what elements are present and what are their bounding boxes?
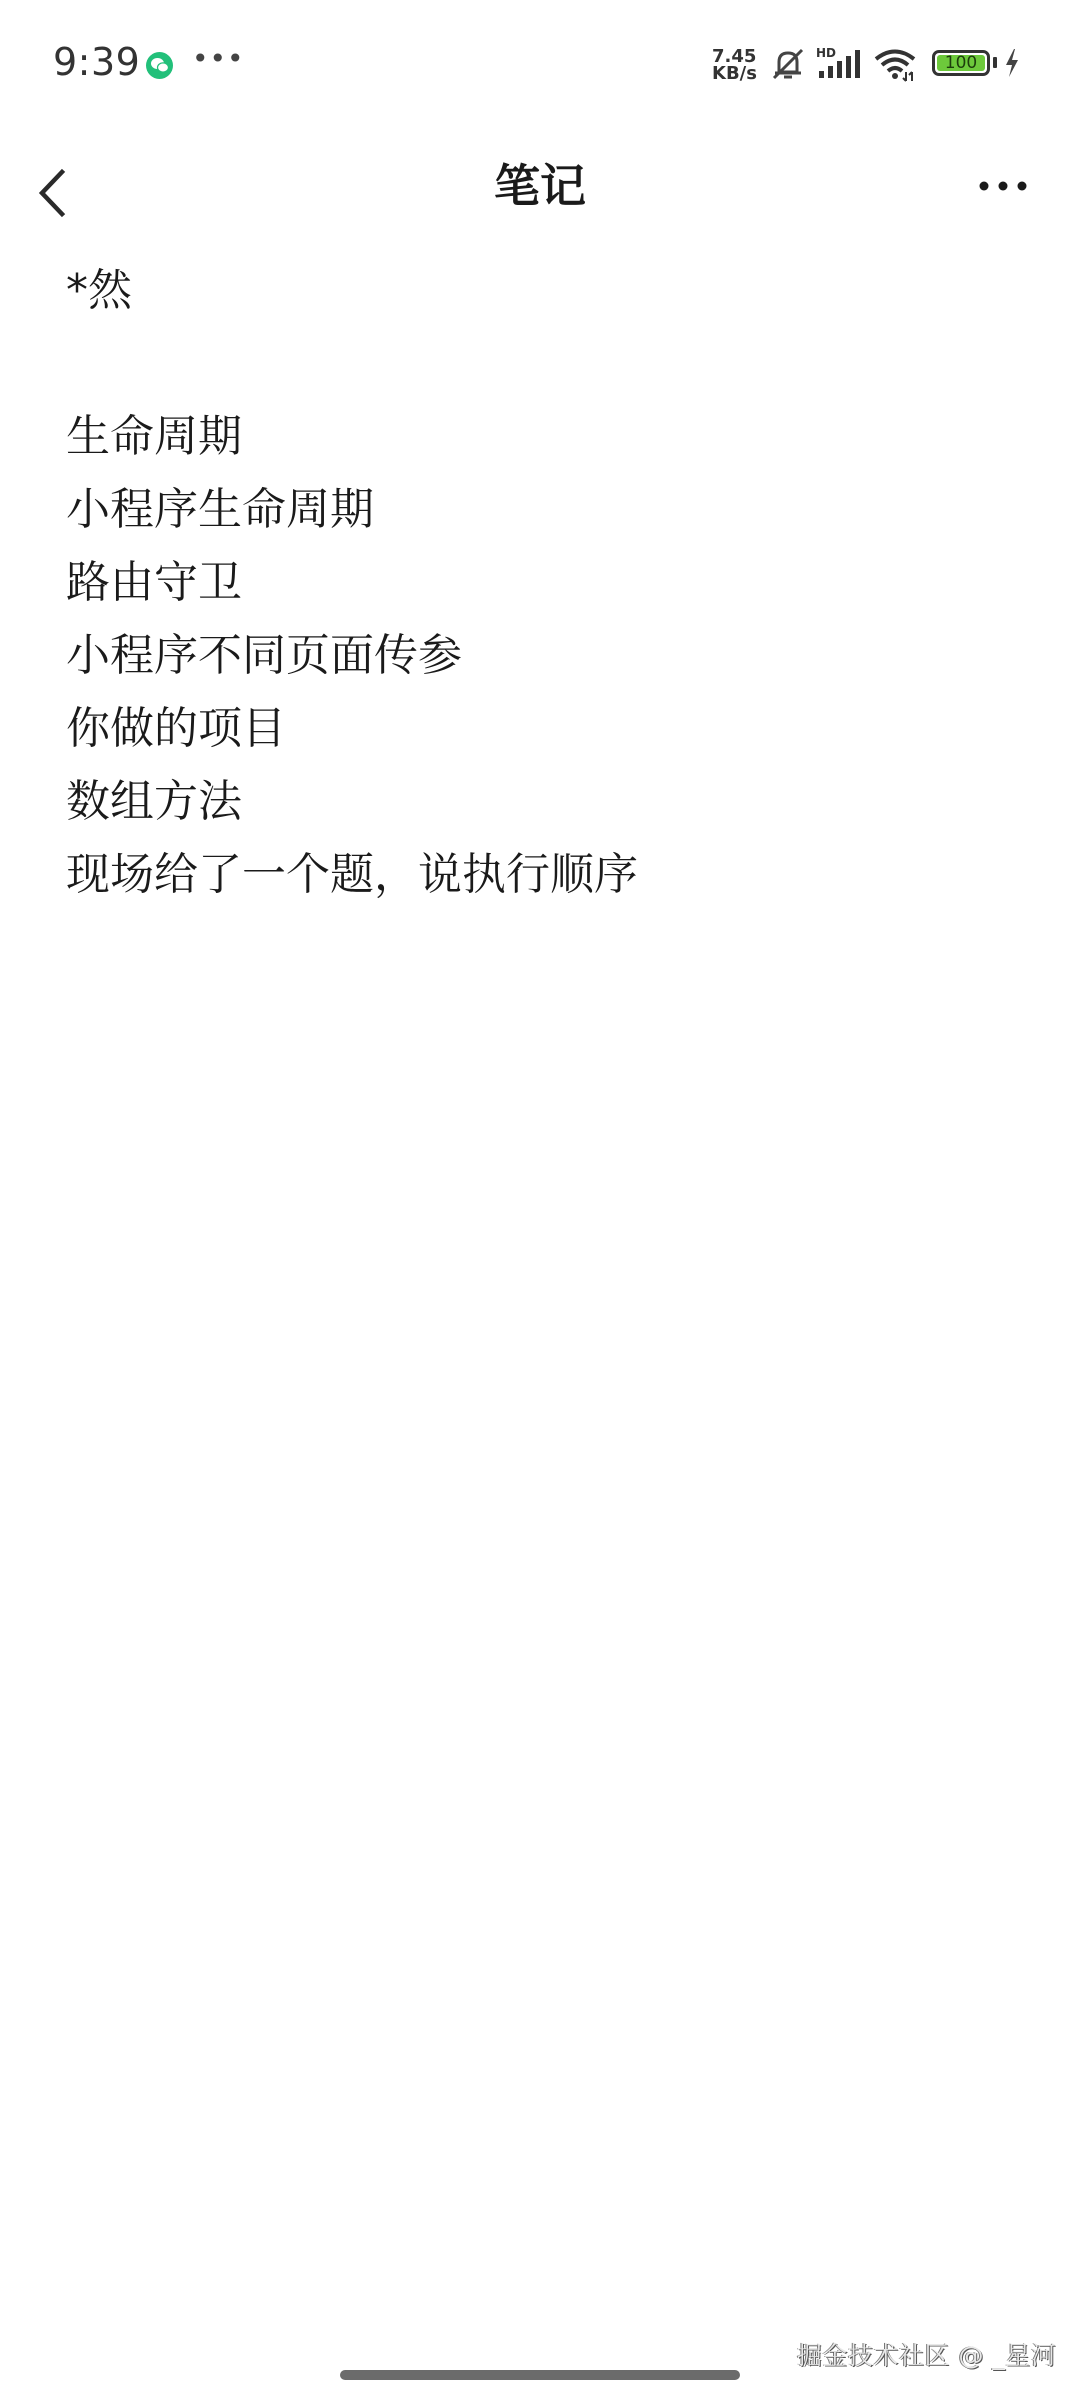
note-line: 你做的项目 xyxy=(66,692,1026,765)
home-indicator[interactable] xyxy=(340,2370,740,2380)
note-line: 现场给了一个题，说执行顺序 xyxy=(66,838,1026,911)
battery-icon: 100 xyxy=(932,50,990,76)
bell-off-icon xyxy=(770,46,806,86)
note-line: 数组方法 xyxy=(66,765,1026,838)
page-title: 笔记 xyxy=(0,150,1080,216)
wifi-icon xyxy=(874,48,918,86)
more-notifications-icon: ••• xyxy=(192,42,245,75)
charging-bolt-icon xyxy=(1004,48,1020,82)
battery-level: 100 xyxy=(937,55,985,71)
wechat-icon xyxy=(146,52,173,79)
note-line-blank xyxy=(66,327,1026,400)
network-speed: 7.45 KB/s xyxy=(712,48,757,82)
more-horizontal-icon xyxy=(970,160,1050,210)
watermark: 掘金技术社区 @ _星河 xyxy=(797,2336,1056,2372)
more-options-button[interactable] xyxy=(970,160,1050,210)
note-line: 生命周期 xyxy=(66,400,1026,473)
note-line: 小程序生命周期 xyxy=(66,473,1026,546)
note-line: 路由守卫 xyxy=(66,546,1026,619)
note-line: *然 xyxy=(66,254,1026,327)
status-bar: 9:39 ••• 7.45 KB/s HD xyxy=(0,0,1080,130)
nav-bar: 笔记 xyxy=(0,130,1080,250)
network-speed-unit: KB/s xyxy=(712,65,757,82)
signal-label: HD xyxy=(816,46,836,60)
cellular-signal-icon: HD xyxy=(816,46,866,84)
status-time: 9:39 xyxy=(53,40,140,84)
battery-tip xyxy=(993,57,997,68)
note-line: 小程序不同页面传参 xyxy=(66,619,1026,692)
note-content[interactable]: *然 生命周期 小程序生命周期 路由守卫 小程序不同页面传参 你做的项目 数组方… xyxy=(66,254,1026,911)
